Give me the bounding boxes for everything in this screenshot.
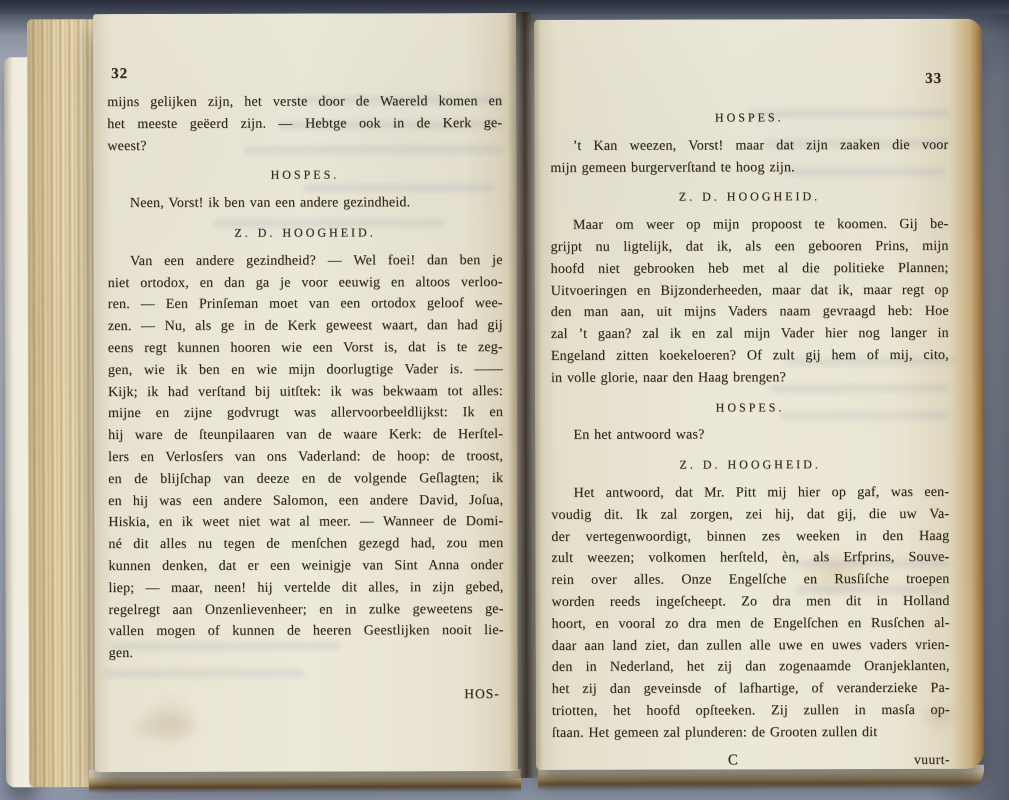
page-number-right: 33 [925, 71, 942, 88]
text-line: daar aan land ziet, dan zullen alle uwe … [552, 634, 950, 657]
text-line: Kijk; ik had verſtand bij uitſtek: ik wa… [108, 381, 503, 404]
dialogue-heading: HOSPES. [107, 164, 502, 187]
text-line: het zij dan geveinsde of lafhartige, of … [552, 678, 950, 701]
text-line: En het antwoord was? [551, 424, 949, 447]
book-page-right: 33 HOSPES.’t Kan weezen, Vorst! maar dat… [534, 19, 984, 770]
signature-line: Cvuurt- [552, 748, 950, 772]
text-line: gen. [109, 642, 504, 665]
catchword-left: HOS- [109, 683, 504, 706]
text-line: grijpt nu ligtelijk, dat ik, als een geb… [551, 236, 949, 259]
page-stack-fore-edge [27, 19, 99, 787]
text-line: Het antwoord, dat Mr. Pitt mij hier op g… [551, 482, 949, 505]
text-line: hij ware de ſteunpilaaren van de waare K… [108, 424, 503, 447]
text-line: gen, wie ik ben en wie mijn doorlugtige … [108, 359, 503, 382]
text-line: ’t Kan weezen, Vorst! maar dat zijn zaak… [550, 135, 948, 158]
text-line: den man aan, uit mijns Vaders naam gevra… [551, 301, 949, 324]
text-line: den in Nederland, het zij dan zogenaamde… [552, 656, 950, 679]
paragraph: Van een andere gezindheid? — Wel foei! d… [108, 250, 504, 665]
text-line: worden reeds ingeſcheept. Zo dra men dit… [552, 591, 950, 614]
text-line: lers en Verlosſers van ons Vaderland: de… [108, 446, 503, 469]
paragraph: mijns gelijken zijn, het verste door de … [107, 91, 502, 157]
text-line: rein over alles. Onze Engelſche en Rusſi… [551, 569, 949, 592]
paragraph: Het antwoord, dat Mr. Pitt mij hier op g… [551, 482, 950, 745]
text-line: en de blijſchap van deeze en de volgende… [108, 468, 503, 491]
text-line: ren. — Een Prinſeman moet van een ortodo… [108, 293, 503, 316]
paragraph: Neen, Vorst! ik ben van een andere gezin… [107, 192, 502, 215]
text-line: voudig dit. Ik zal zorgen, zei hij, dat … [551, 504, 949, 527]
paragraph: Maar om weer op mijn propoost te koomen.… [551, 214, 949, 389]
text-line: mijn gemeen burgerverſtand te hoog zijn. [550, 156, 948, 179]
signature-mark: C [728, 750, 738, 772]
text-line: mijns gelijken zijn, het verste door de … [107, 91, 502, 114]
catchword-right: vuurt- [914, 748, 950, 770]
text-line: Uitvoeringen en Bijzonderheeden, maar da… [551, 279, 949, 302]
book-gutter-shadow [507, 12, 543, 778]
text-line: hoort, en vooral zo dra men de Engelſche… [552, 613, 950, 636]
text-line: der vertegenwoordigt, binnen zes weeken … [551, 525, 949, 548]
left-page-text: mijns gelijken zijn, het verste door de … [107, 91, 504, 666]
dialogue-heading: Z. D. HOOGHEID. [108, 222, 503, 245]
book-page-left: 32 mijns gelijken zijn, het verste door … [93, 13, 518, 772]
paper-stain [135, 714, 195, 740]
dialogue-heading: Z. D. HOOGHEID. [551, 454, 949, 477]
text-line: zult weezen; volkomen herſteld, èn, als … [551, 547, 949, 570]
text-line: Maar om weer op mijn propoost te koomen.… [551, 214, 949, 237]
page-number-left: 32 [111, 66, 128, 83]
text-line: kunnen denken, dat er een weinigje van S… [108, 555, 503, 578]
text-line: Neen, Vorst! ik ben van een andere gezin… [107, 192, 502, 215]
text-line: Hiskia, en ik weet niet wat al meer. — W… [108, 511, 503, 534]
text-line: in volle glorie, naar den Haag brengen? [551, 367, 949, 390]
dialogue-heading: Z. D. HOOGHEID. [550, 186, 948, 209]
text-line: en hij was een andere Salomon, een ander… [108, 490, 503, 513]
text-line: hoofd niet gebrooken heb met al die poli… [551, 258, 949, 281]
dialogue-heading: HOSPES. [550, 107, 948, 130]
text-line: mijne en zijne godvrugt was allervoorbee… [108, 402, 503, 425]
text-line: Van een andere gezindheid? — Wel foei! d… [108, 250, 503, 273]
open-book: 32 mijns gelijken zijn, het verste door … [0, 0, 1009, 800]
text-line: zal ’t gaan? zal ik en zal mijn Vader hi… [551, 323, 949, 346]
text-line: vallen mogen of kunnen de heeren Geestli… [109, 620, 504, 643]
text-line: Engeland zitten koekeloeren? Of zult gij… [551, 345, 949, 368]
paragraph: En het antwoord was? [551, 424, 949, 447]
text-line: het meeste geëerd zijn. — Hebtge ook in … [107, 113, 502, 136]
paragraph: ’t Kan weezen, Vorst! maar dat zijn zaak… [550, 135, 948, 180]
photo-backdrop: 32 mijns gelijken zijn, het verste door … [0, 0, 1009, 800]
text-line: ſtaan. Het gemeen zal plunderen: de Groo… [552, 722, 950, 745]
right-page-text: HOSPES.’t Kan weezen, Vorst! maar dat zi… [550, 99, 950, 772]
text-line: eens regt kunnen hooren wie een Vorst is… [108, 337, 503, 360]
text-line: niet ortodox, en dan ga je voor eeuwig e… [108, 272, 503, 295]
dialogue-heading: HOSPES. [551, 396, 949, 419]
text-line: né dit alles nu tegen de menſchen gezegd… [108, 533, 503, 556]
text-line: weest? [107, 135, 502, 158]
bottom-page-edges-left [89, 769, 521, 793]
left-page-footer: HOS- [109, 675, 504, 706]
text-line: triotten, het hoofd opſteeken. Zij zulle… [552, 700, 950, 723]
text-line: zen. — Nu, als ge in de Kerk geweest waa… [108, 315, 503, 338]
text-line: liep; — maar, neen! hij vertelde dit all… [108, 577, 503, 600]
text-line: regelregt aan Onzenlievenheer; en in zul… [109, 599, 504, 622]
